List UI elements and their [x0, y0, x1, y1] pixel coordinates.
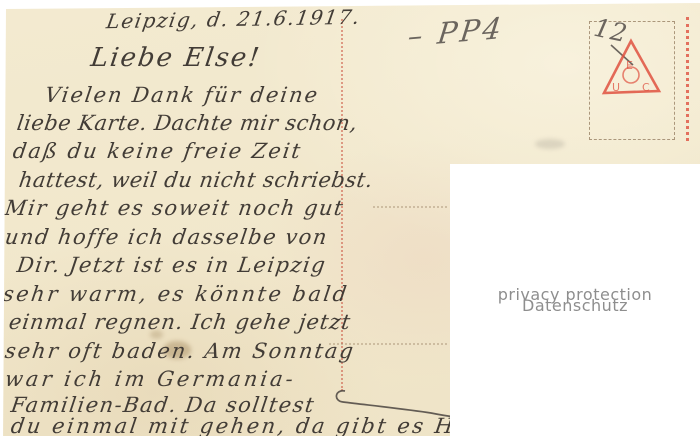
message-line: Mir geht es soweit noch gut: [4, 198, 346, 219]
pen-flourish: [301, 375, 461, 425]
dealer-mark: – PP4: [406, 11, 506, 54]
privacy-overlay: privacy protection Datenschutz: [450, 164, 700, 436]
svg-text:E: E: [626, 59, 633, 72]
pencil-smudge: [535, 139, 565, 149]
message-line: Vielen Dank für deine: [44, 85, 321, 106]
salutation: Liebe Else!: [89, 45, 262, 71]
message-line: hattest, weil du nicht schriebst.: [18, 170, 375, 191]
address-ruling-line: [373, 206, 447, 208]
message-line: war ich im Germania-: [4, 369, 298, 390]
message-line: Familien-Bad. Da solltest: [10, 395, 317, 416]
message-line: Dir. Jetzt ist es in Leipzig: [16, 255, 328, 276]
message-line: liebe Karte. Dachte mir schon,: [16, 113, 359, 134]
date-line: Leipzig, d. 21.6.1917.: [105, 7, 362, 31]
postcard-scan: E U C – PP4 12 Leipzig, d. 21.6.1917. Li…: [0, 0, 700, 436]
svg-text:C: C: [642, 81, 650, 94]
message-line: sehr oft baden. Am Sonntag: [4, 341, 357, 362]
message-line: einmal regnen. Ich gehe jetzt: [8, 312, 353, 333]
message-line: daß du keine freie Zeit: [12, 141, 304, 162]
message-line: sehr warm, es könnte bald: [2, 284, 351, 305]
svg-text:U: U: [612, 81, 620, 94]
message-line: und hoffe ich dasselbe von: [4, 227, 330, 248]
privacy-text-de: Datenschutz: [522, 300, 628, 311]
